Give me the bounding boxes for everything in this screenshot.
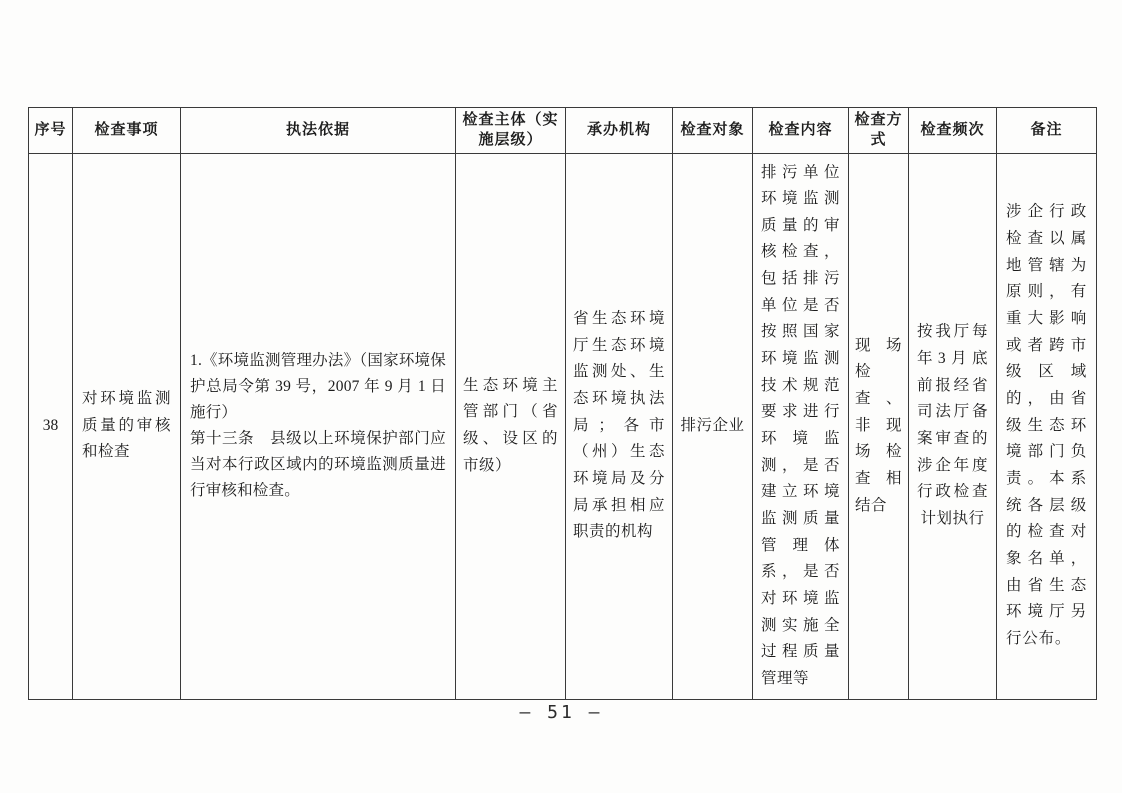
cell-undertaking-agency: 省生态环境厅生态环境监测处、生态环境执法局；各市（州）生态环境局及分局承担相应职… xyxy=(566,153,673,699)
cell-inspection-item: 对环境监测质量的审核和检查 xyxy=(73,153,181,699)
cell-inspection-content: 排污单位环境监测质量的审核检查，包括排污单位是否按照国家环境监测技术规范要求进行… xyxy=(753,153,849,699)
header-inspection-item: 检查事项 xyxy=(73,108,181,154)
cell-seq-number: 38 xyxy=(29,153,73,699)
header-remarks: 备注 xyxy=(997,108,1097,154)
cell-inspection-subject: 生态环境主管部门（省级、设区的市级） xyxy=(456,153,566,699)
cell-remarks: 涉企行政检查以属地管辖为原则，有重大影响或者跨市级区域的，由省级生态环境部门负责… xyxy=(997,153,1097,699)
cell-legal-basis: 1.《环境监测管理办法》（国家环境保护总局令第 39 号，2007 年 9 月 … xyxy=(181,153,456,699)
inspection-items-table: 序号 检查事项 执法依据 检查主体（实施层级） 承办机构 检查对象 检查内容 检… xyxy=(28,107,1097,700)
legal-basis-clause-1: 1.《环境监测管理办法》（国家环境保护总局令第 39 号，2007 年 9 月 … xyxy=(190,348,446,426)
header-legal-basis: 执法依据 xyxy=(181,108,456,154)
table-header-row: 序号 检查事项 执法依据 检查主体（实施层级） 承办机构 检查对象 检查内容 检… xyxy=(29,108,1097,154)
cell-inspection-target: 排污企业 xyxy=(673,153,753,699)
header-inspection-frequency: 检查频次 xyxy=(909,108,997,154)
header-undertaking-agency: 承办机构 xyxy=(566,108,673,154)
header-inspection-method: 检查方式 xyxy=(849,108,909,154)
cell-inspection-frequency: 按我厅每年3月底前报经省司法厅备案审查的涉企年度行政检查计划执行 xyxy=(909,153,997,699)
cell-inspection-method: 现场检查、非现场检查相结合 xyxy=(849,153,909,699)
header-inspection-subject: 检查主体（实施层级） xyxy=(456,108,566,154)
header-inspection-target: 检查对象 xyxy=(673,108,753,154)
page-number: – 51 – xyxy=(0,702,1122,723)
header-inspection-content: 检查内容 xyxy=(753,108,849,154)
table-row: 38 对环境监测质量的审核和检查 1.《环境监测管理办法》（国家环境保护总局令第… xyxy=(29,153,1097,699)
document-page: 序号 检查事项 执法依据 检查主体（实施层级） 承办机构 检查对象 检查内容 检… xyxy=(0,0,1122,793)
legal-basis-clause-2: 第十三条 县级以上环境保护部门应当对本行政区域内的环境监测质量进行审核和检查。 xyxy=(190,426,446,504)
header-seq-number: 序号 xyxy=(29,108,73,154)
